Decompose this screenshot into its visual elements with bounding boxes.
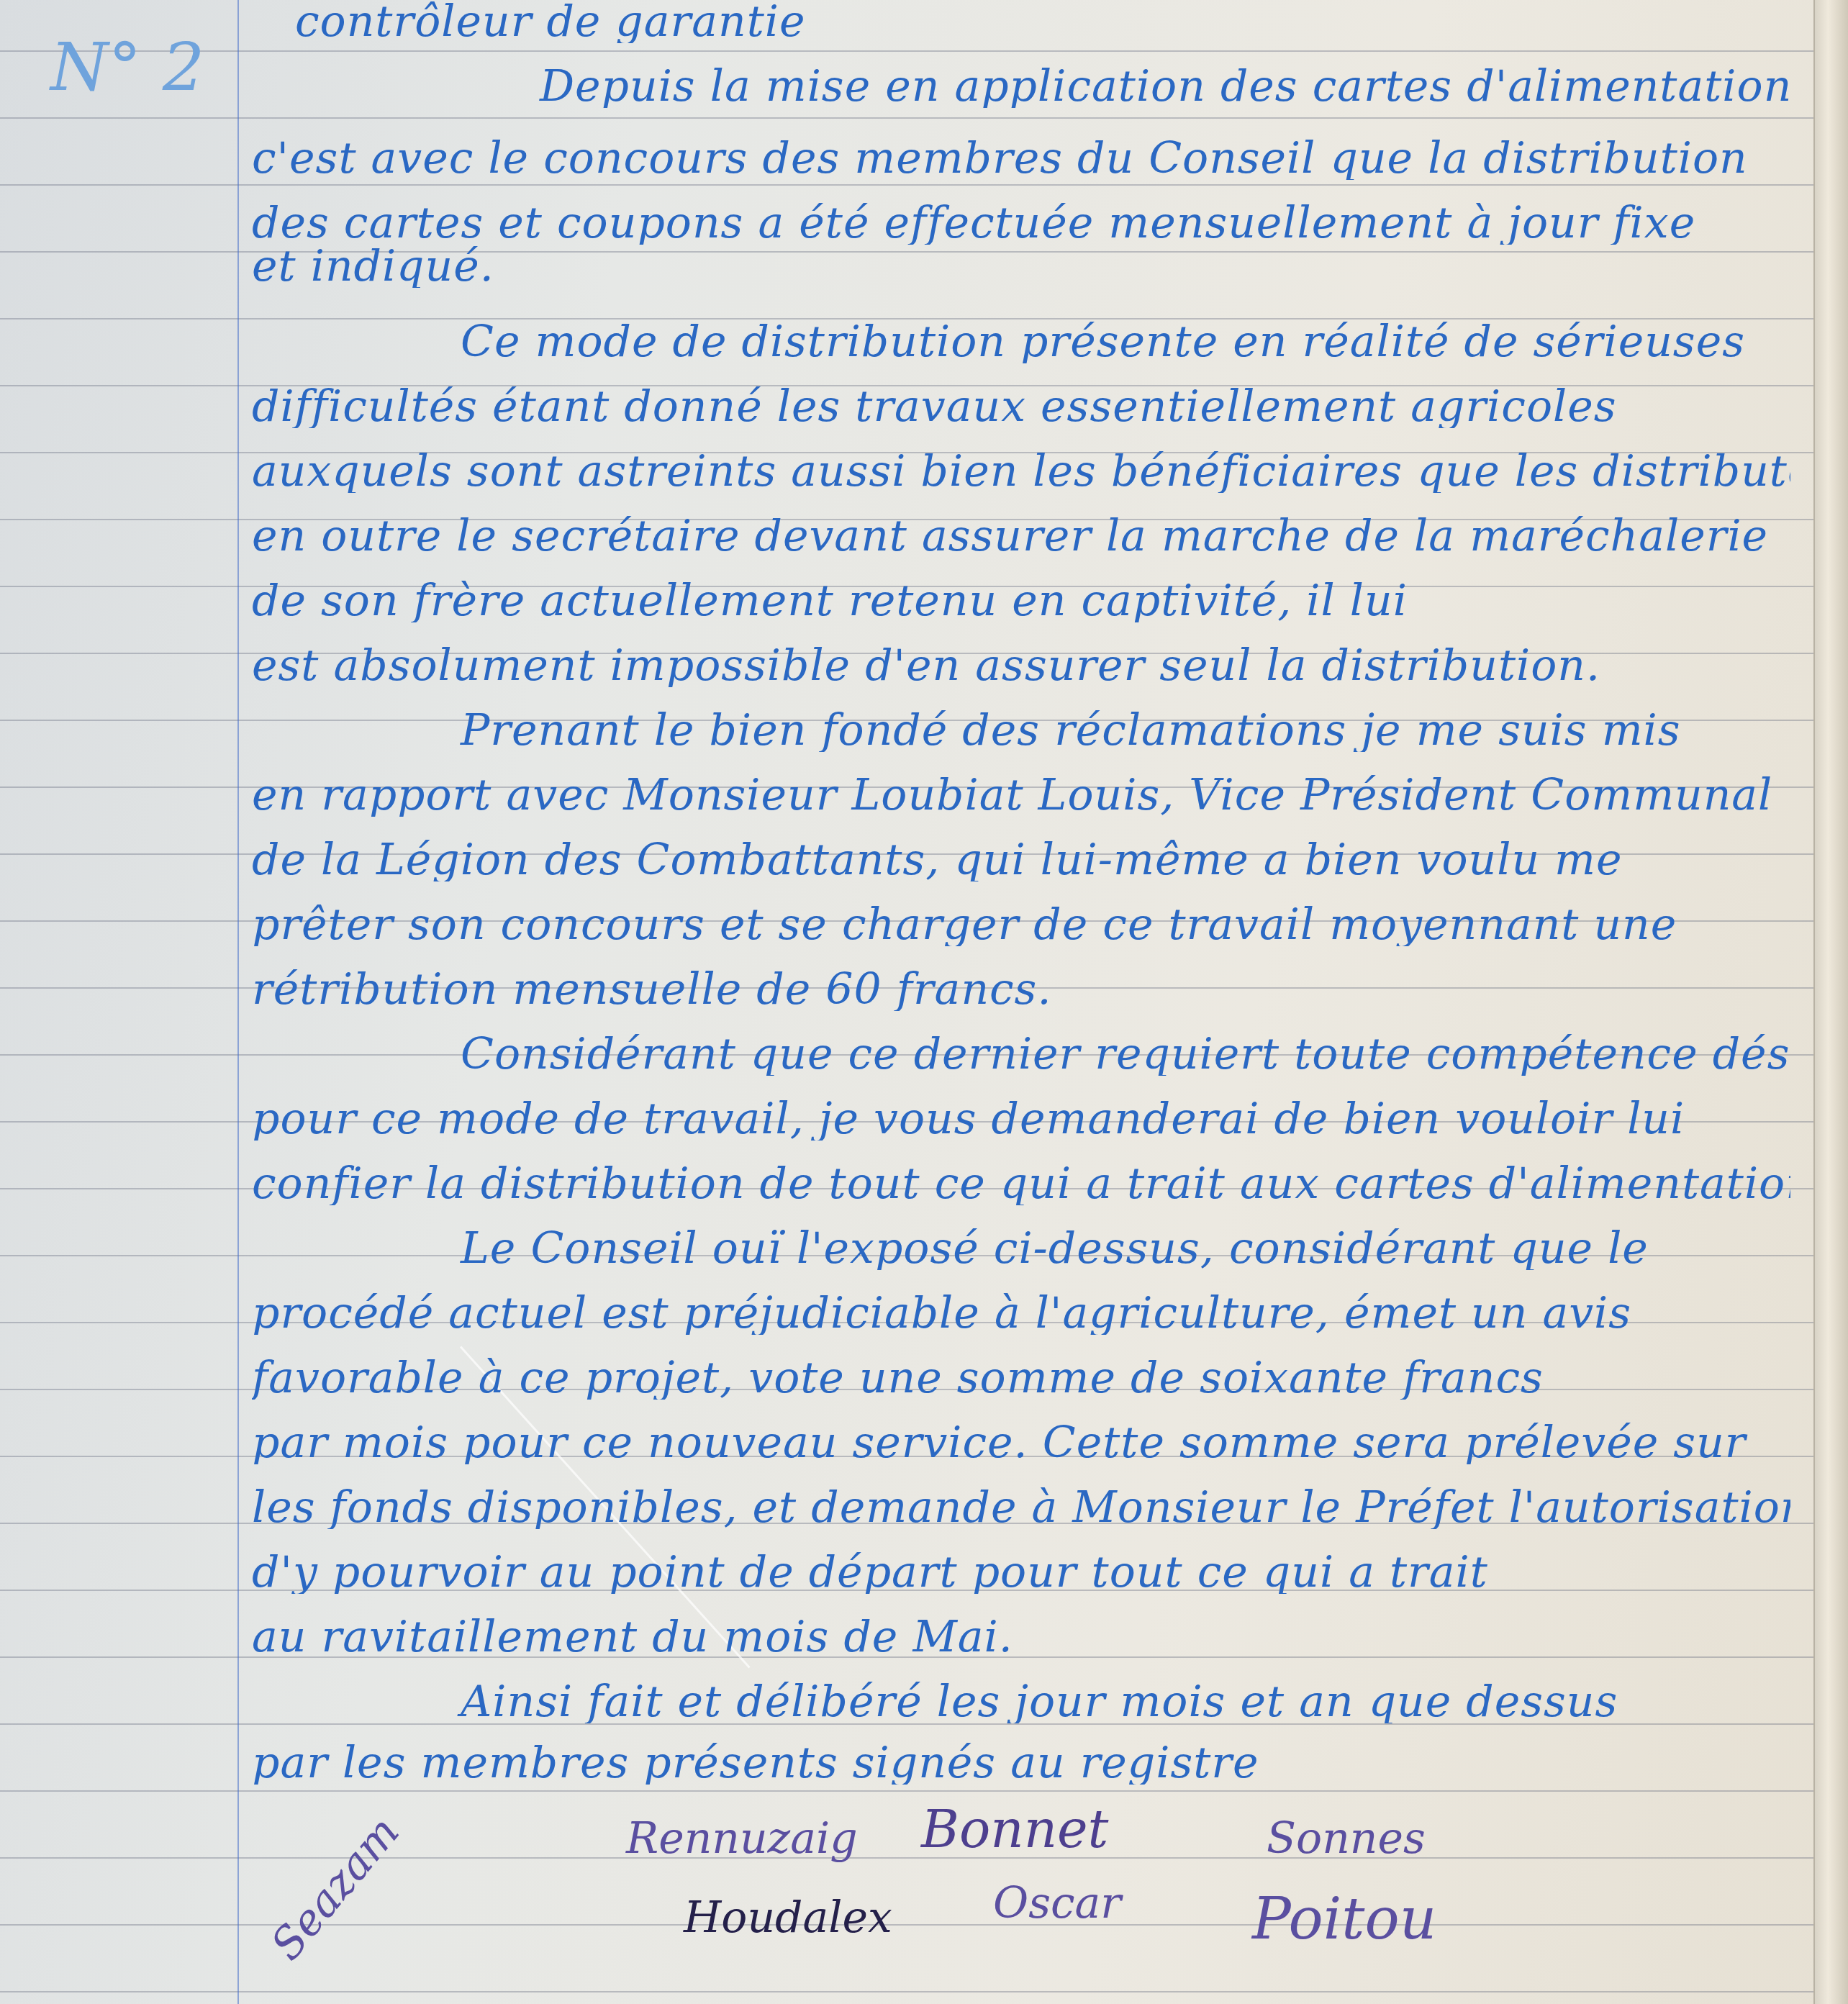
ruled-line — [0, 184, 1819, 186]
ruled-line — [0, 1723, 1819, 1725]
text-line: par mois pour ce nouveau service. Cette … — [252, 1421, 1790, 1464]
text-line: favorable à ce projet, vote une somme de… — [252, 1356, 1790, 1400]
register-page: N° 2 contrôleur de garantie Depuis la mi… — [0, 0, 1848, 2004]
text-line: Prenant le bien fondé des réclamations j… — [252, 709, 1790, 752]
text-line: par les membres présents signés au regis… — [252, 1741, 1790, 1785]
text-line: procédé actuel est préjudiciable à l'agr… — [252, 1292, 1790, 1335]
signature: Oscar — [993, 1878, 1121, 1928]
text-line: c'est avec le concours des membres du Co… — [252, 137, 1790, 180]
text-line: d'y pourvoir au point de départ pour tou… — [252, 1551, 1790, 1594]
page-edge — [1813, 0, 1848, 2004]
text-line: de son frère actuellement retenu en capt… — [252, 579, 1790, 622]
text-line: Ce mode de distribution présente en réal… — [252, 320, 1790, 363]
text-line: en rapport avec Monsieur Loubiat Louis, … — [252, 774, 1790, 817]
signature: Sonnes — [1267, 1813, 1426, 1864]
text-line: et indiqué. — [252, 245, 1790, 288]
ruled-line — [0, 50, 1819, 52]
text-line: difficultés étant donné les travaux esse… — [252, 385, 1790, 428]
ruled-line — [0, 318, 1819, 319]
text-line: est absolument impossible d'en assurer s… — [252, 644, 1790, 687]
ruled-line — [0, 1991, 1819, 1992]
text-line: rétribution mensuelle de 60 francs. — [252, 968, 1790, 1011]
ruled-line — [0, 1857, 1819, 1859]
signature: Bonnet — [921, 1799, 1109, 1859]
text-line: confier la distribution de tout ce qui a… — [252, 1162, 1790, 1205]
text-line: au ravitaillement du mois de Mai. — [252, 1615, 1790, 1659]
signature: Seazam — [261, 1807, 409, 1969]
text-line: Ainsi fait et délibéré les jour mois et … — [252, 1680, 1790, 1723]
text-line: des cartes et coupons a été effectuée me… — [252, 201, 1790, 245]
text-line: Considérant que ce dernier requiert tout… — [252, 1033, 1790, 1076]
text-line: en outre le secrétaire devant assurer la… — [252, 514, 1790, 558]
text-line: auxquels sont astreints aussi bien les b… — [252, 450, 1790, 493]
text-line: les fonds disponibles, et demande à Mons… — [252, 1486, 1790, 1529]
text-line: pour ce mode de travail, je vous demande… — [252, 1097, 1790, 1141]
signature: Poitou — [1252, 1885, 1436, 1952]
text-line: Depuis la mise en application des cartes… — [252, 65, 1790, 108]
text-line: prêter son concours et se charger de ce … — [252, 903, 1790, 946]
text-line: contrôleur de garantie — [252, 0, 1790, 43]
ruled-line — [0, 1790, 1819, 1792]
text-line: de la Légion des Combattants, qui lui-mê… — [252, 838, 1790, 881]
signature: Houdalex — [684, 1892, 892, 1943]
ruled-line — [0, 117, 1819, 119]
text-line: Le Conseil ouï l'exposé ci-dessus, consi… — [252, 1227, 1790, 1270]
margin-rule — [237, 0, 239, 2004]
folio-number: N° 2 — [50, 29, 204, 106]
signature: Rennuzaig — [626, 1813, 858, 1864]
